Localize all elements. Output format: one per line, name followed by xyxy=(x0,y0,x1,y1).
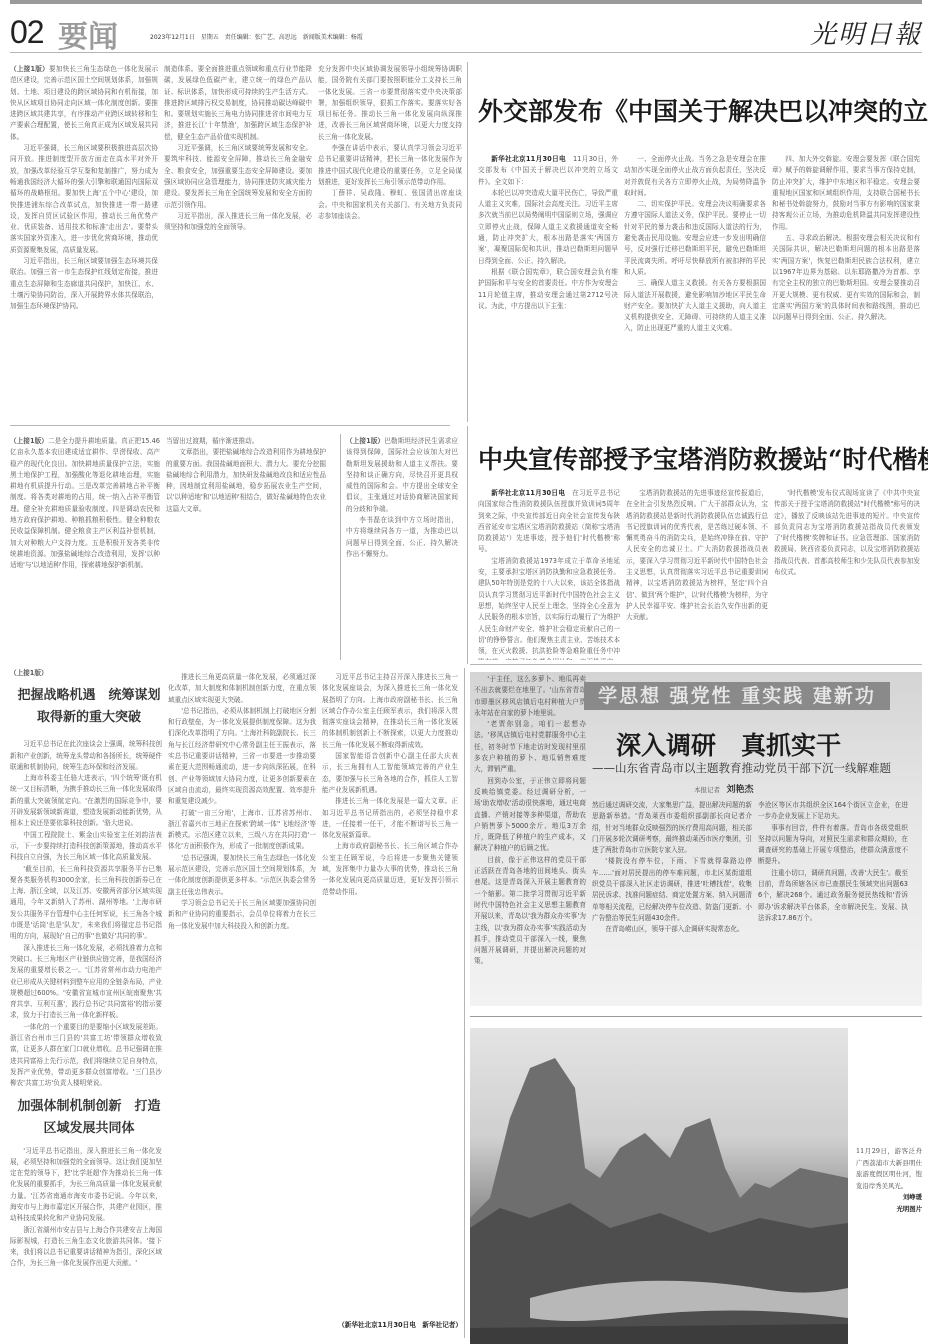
photo-credit: 光明图片 xyxy=(856,1204,922,1216)
paragraph: '总书记强调，要加快长三角生态绿色一体化发展示范区建设，完善示范区国土空间规划体… xyxy=(168,853,316,898)
paragraph: 目前，像于正伟这样的党员干部正活跃在青岛各地的田间地头、街头巷尾。这是青岛深入开… xyxy=(474,855,586,968)
paragraph: 在青岛崂山区，领导干部入企调研实现常态化。 xyxy=(592,924,752,935)
header-divider xyxy=(10,52,922,53)
paragraph: '截至目前，长三角科技资源共享服务平台已集聚各类服务机构3000余家，长三角科技… xyxy=(10,864,162,943)
paragraph: 四、加大外交斡旋。安理会要发挥《联合国宪章》赋予的斡旋调解作用，要求当事方保持克… xyxy=(772,154,920,233)
section-divider xyxy=(10,425,450,426)
newspaper-logo: 光明日報 xyxy=(810,14,922,51)
paragraph: 国家智能语音创新中心副主任邵大庆表示，长三角拥有人工智能领域完善的产业生态，要加… xyxy=(322,751,458,796)
paragraph: 宝塔消防救援站1973年成立于革命圣地延安，主要承担宝塔区消防执勤和应急救援任务… xyxy=(478,556,620,660)
paragraph: '总书记指出，必须从体制机制上打破地区分割和行政壁垒，为一体化发展提供制度保障。… xyxy=(168,706,316,808)
headline-mfa: 外交部发布《中国关于解决巴以冲突的立场文件》 xyxy=(478,92,928,128)
paragraph: 习近平强调，长三角区域要统筹发展和安全。要筑牢科技、能源安全屏障，推动长三角金融… xyxy=(164,143,312,211)
paragraph: 在习近平总书记向国家综合性消防救援队伍授旗并致训词5周年到来之际，中央宣传部近日… xyxy=(478,489,620,553)
continued-mark: （上接1版） xyxy=(10,669,48,677)
paragraph: 习近平总书记在此次座谈会上强调，统筹科技创新和产业创新，统筹龙头带动和各扬所长，… xyxy=(10,739,162,773)
paragraph: 习近平指出，长三角区域要加强生态环境共保联治。加强三省一市生态保护红线划定衔接，… xyxy=(10,256,158,312)
paragraph: 然后通过调研交流，大家集思广益，提出解决问题的新思路新举措。'青岛莱西市委组织部… xyxy=(592,800,752,856)
subheadline-1: 把握战略机遇 统筹谋划取得新的重大突破 xyxy=(16,685,162,729)
byline-name: 刘艳杰 xyxy=(727,785,754,795)
paragraph: 五、寻求政治解决。根据安理会相关决议和有关国际共识，解决巴勒斯坦问题的根本出路是… xyxy=(772,233,920,323)
section-title: 要闻 xyxy=(58,12,118,56)
box-divider xyxy=(340,434,341,660)
yangtze-col-2: 推进长三角更高质量一体化发展，必须通过深化改革，加大制度和体制机制创新力度，在重… xyxy=(168,672,316,1322)
paragraph: 充分发挥中央区域协调发展领导小组统筹协调职能，国务院有关部门要按照职能分工支持长… xyxy=(318,64,462,143)
fire-article-col-2: 宝塔消防救援站的先进事迹经宣传报道后，在全社会引发热烈反响。广大干部群众认为，宝… xyxy=(626,488,768,660)
paragraph: 根据《联合国宪章》，联合国安理会负有维护国际和平与安全的首要责任。中方作为安理会… xyxy=(478,267,618,312)
paragraph: 浙江省湖州市安吉县与上海合作共建安吉上海国际影视城，打造长三角生态文化旅游共同体… xyxy=(10,1225,162,1270)
fire-article-col-3: '时代楷模'发布仪式现场宣读了《中共中央宣传部关于授予宝塔消防救援站"时代楷模"… xyxy=(774,488,920,660)
paragraph: 宝塔消防救援站的先进事迹经宣传报道后，在全社会引发热烈反响。广大干部群众认为，宝… xyxy=(626,488,768,624)
paragraph: 事事有回音，件件有着落。青岛市各级党组织坚持以问题为导向，对照民生需求和群众期盼… xyxy=(758,823,908,868)
paragraph: 文章指出，要把盐碱地综合改造利用作为耕地保护的重要方面。我国盐碱地面积大、潜力大… xyxy=(166,447,326,515)
paragraph: 打破'一亩三分地'，上海市、江苏省苏州市、浙江省嘉兴市三地正在探索'跨域一体''… xyxy=(168,808,316,853)
paragraph: 李沧区等区市共组织全区164个街区立企业，在进一步办企业发展上下足功夫。 xyxy=(758,800,908,823)
paragraph: '习近平总书记指出，深入推进长三角一体化发展，必须坚持和加强党的全面领导。这让我… xyxy=(10,1146,162,1225)
farmland-col-2: 当留出过渡期，循序渐进推动。 文章指出，要把盐碱地综合改造利用作为耕地保护的重要… xyxy=(166,436,326,660)
paragraph: 三、确保人道主义救援。有关各方要根据国际人道法开展救援，避免影响加沙地区平民生命… xyxy=(624,278,766,334)
column-divider xyxy=(467,62,468,422)
yangtze-col-1: （上接1版） 把握战略机遇 统筹谋划取得新的重大突破 习近平总书记在此次座谈会上… xyxy=(10,668,162,1344)
paragraph: 习近平总书记主持召开深入推进长三角一体化发展座谈会，为深入推进长三角一体化发展指… xyxy=(322,672,458,751)
qingdao-col-1: '于主任，这么多萝卜、地瓜再卖不出去就要烂在地里了。'山东省青岛市即墨区移风店镇… xyxy=(474,674,586,1000)
headline-fire-station: 中央宣传部授予宝塔消防救援站“时代楷模”称号 xyxy=(478,440,928,476)
fire-article-col-1: 新华社北京11月30日电 在习近平总书记向国家综合性消防救援队伍授旗并致训词5周… xyxy=(478,488,620,660)
continued-mark: （上接1版） xyxy=(10,65,49,73)
paragraph: 中国工程院院士、紫金山实验室主任刘韵洁表示，下一步要持续打造科技创新策源地，推动… xyxy=(10,830,162,864)
continued-story-col-2: 制造体系。要全面推进重点领域和重点行业节能降碳，发展绿色低碳产业，建立统一的绿色… xyxy=(164,64,312,414)
sign-off: （新华社北京11月30日电 新华社记者） xyxy=(222,1320,462,1334)
paragraph: 回到办公室，于正伟立即将问题反映给镇党委。经过调研分析，一场'助农增收'活动很快… xyxy=(474,776,586,855)
dateline: 新华社北京11月30日电 xyxy=(491,489,565,497)
masthead: 02 要闻 2023年12月1日 星期五 责任编辑：张广艺、高思远 新闻版美术编… xyxy=(10,8,922,52)
headline-qingdao: 深入调研 真抓实干 xyxy=(616,726,841,762)
subheadline-2: 加强体制机制创新 打造区域发展共同体 xyxy=(16,1096,162,1140)
paragraph: 二是全力提升耕地质量。真正把15.46亿亩永久基本农田建成适宜耕作、旱涝保收、高… xyxy=(10,437,160,569)
paragraph: '楼院没有停车位，下雨、下雪就得靠路边停车……'面对居民提出的停车难问题，市北区… xyxy=(592,856,752,924)
paragraph: 本轮巴以冲突造成大量平民伤亡，导致严重人道主义灾难，国际社会高度关注。习近平主席… xyxy=(478,188,618,267)
paragraph: 丁薛祥、吴政隆、穆虹、张国清出席座谈会。中央和国家机关有关部门、有关地方负责同志… xyxy=(318,188,462,222)
photo-caption: 11月29日，游客泛舟广西荔浦市大新县明仕旅游度假区明仕河，饱览沿岸秀美风光。 … xyxy=(856,1146,922,1215)
paragraph: '老贾你别急，咱们一起想办法。'移风店镇后屯村党群服务中心主任，初冬时节下地走访… xyxy=(474,719,586,775)
page-number: 02 xyxy=(10,14,44,51)
continued-story-col-1: （上接1版）要加快长三角生态绿色一体化发展示范区建设，完善示范区国土空间规划体系… xyxy=(10,64,158,414)
paragraph: 深入推进长三角一体化发展，必须找准着力点和突破口。长三角地区产业链供应链完善，是… xyxy=(10,943,162,1022)
paragraph: 制造体系。要全面推进重点领域和重点行业节能降碳，发展绿色低碳产业，建立统一的绿色… xyxy=(164,64,312,143)
byline-label: 本报记者 xyxy=(694,786,720,794)
edition-meta: 2023年12月1日 星期五 责任编辑：张广艺、高思远 新闻版美术编辑：杨霞 xyxy=(150,32,363,41)
karst-mountains-image xyxy=(470,1028,848,1344)
mfa-article-col-3: 四、加大外交斡旋。安理会要发挥《联合国宪章》赋予的斡旋调解作用，要求当事方保持克… xyxy=(772,154,920,416)
paragraph: 推进长三角更高质量一体化发展，必须通过深化改革，加大制度和体制机制创新力度，在重… xyxy=(168,672,316,706)
paragraph: '时代楷模'发布仪式现场宣读了《中共中央宣传部关于授予宝塔消防救援站"时代楷模"… xyxy=(774,488,920,578)
paragraph: 一体化的一个重要目的是要缩小区域发展差距。浙江省台州市三门县的'共富工坊'带领群… xyxy=(10,1022,162,1090)
campaign-banner: 学思想 强党性 重实践 建新功 xyxy=(584,682,890,710)
paragraph: 习近平指出，深入推进长三角一体化发展，必须坚持和加强党的全面领导。 xyxy=(164,211,312,234)
dateline: 新华社北京11月30日电 xyxy=(491,155,566,163)
paragraph: 二、切实保护平民。安理会决议明确要求各方遵守国际人道法义务，保护平民。要停止一切… xyxy=(624,199,766,278)
qingdao-col-2: 然后通过调研交流，大家集思广益，提出解决问题的新思路新举措。'青岛莱西市委组织部… xyxy=(592,800,752,1000)
continued-story-col-3: 充分发挥中央区域协调发展领导小组统筹协调职能，国务院有关部门要按照职能分工支持长… xyxy=(318,64,462,414)
top-bar xyxy=(10,0,922,4)
farmland-col-1: （上接1版）二是全力提升耕地质量。真正把15.46亿亩永久基本农田建成适宜耕作、… xyxy=(10,436,160,660)
paragraph: 李书磊在谈到中方立场时指出，中方将继续同各方一道，为推动巴以问题早日得到全面、公… xyxy=(346,515,458,560)
paragraph: 上海市科委主任骆大进表示，'四个统筹'既有机统一又目标清晰，为携手推动长三角一体… xyxy=(10,773,162,829)
paragraph: 推进长三角一体化发展是一篇大文章。正如习近平总书记所指出的，必须坚持稳中求进，一… xyxy=(322,796,458,841)
paragraph: 要加快长三角生态绿色一体化发展示范区建设，完善示范区国土空间规划体系，加强规划、… xyxy=(10,65,158,141)
column-divider xyxy=(467,426,468,664)
paragraph: 上海市政府副秘书长、长三角区域合作办公室主任顾军说，今后将进一步聚焦关键领域，发… xyxy=(322,841,458,897)
paragraph: 学习领会总书记关于长三角区域要加强协同创新和产业协同的重要指示，会员单位将着力在… xyxy=(168,898,316,932)
paragraph: 李强在讲话中表示，要认真学习领会习近平总书记重要讲话精神，把长三角一体化发展作为… xyxy=(318,143,462,188)
photo-author: 刘峥瑗 xyxy=(856,1192,922,1204)
mfa-article-col-1: 新华社北京11月30日电 11月30日，外交部发布《中国关于解决巴以冲突的立场文… xyxy=(478,154,618,416)
continued-mark: （上接1版） xyxy=(346,437,384,445)
yangtze-col-3: 习近平总书记主持召开深入推进长三角一体化发展座谈会，为深入推进长三角一体化发展指… xyxy=(322,672,458,1312)
landscape-photo xyxy=(470,1028,848,1344)
paragraph: '于主任，这么多萝卜、地瓜再卖不出去就要烂在地里了。'山东省青岛市即墨区移风店镇… xyxy=(474,674,586,719)
qingdao-col-3: 李沧区等区市共组织全区164个街区立企业，在进一步办企业发展上下足功夫。 事事有… xyxy=(758,800,908,1000)
subheadline-qingdao: ——山东省青岛市以主题教育推动党员干部下沉一线解难题 xyxy=(592,760,928,776)
paragraph: 当留出过渡期，循序渐进推动。 xyxy=(166,436,326,447)
paragraph: 一、全面停火止战。当务之急是安理会在推动加沙实现全面停火止战方面负起责任，坚决反… xyxy=(624,154,766,199)
byline: 本报记者 刘艳杰 xyxy=(694,782,754,795)
paragraph: 注重小切口，调研真问题，改善'大民生'。截至目前，青岛所辖各区市已查摆民生领域突… xyxy=(758,868,908,924)
column-divider xyxy=(464,668,465,1338)
section-divider xyxy=(470,1016,922,1017)
caption-text: 11月29日，游客泛舟广西荔浦市大新县明仕旅游度假区明仕河，饱览沿岸秀美风光。 xyxy=(856,1147,922,1190)
continued-mark: （上接1版） xyxy=(10,437,48,445)
section-divider xyxy=(470,664,922,665)
palestine-continued: （上接1版）巴勒斯坦经济民生需求应该得到保障，国际社会应该加大对巴勒斯坦发展援助… xyxy=(346,436,458,660)
paragraph: 习近平强调，长三角区域要积极推进高层次协同开放。推进制度型开放方面走在高水平对外… xyxy=(10,143,158,256)
mfa-article-col-2: 一、全面停火止战。当务之急是安理会在推动加沙实现全面停火止战方面负起责任，坚决反… xyxy=(624,154,766,416)
paragraph: 巴勒斯坦经济民生需求应该得到保障，国际社会应该加大对巴勒斯坦发展援助和人道主义帮… xyxy=(346,437,458,513)
